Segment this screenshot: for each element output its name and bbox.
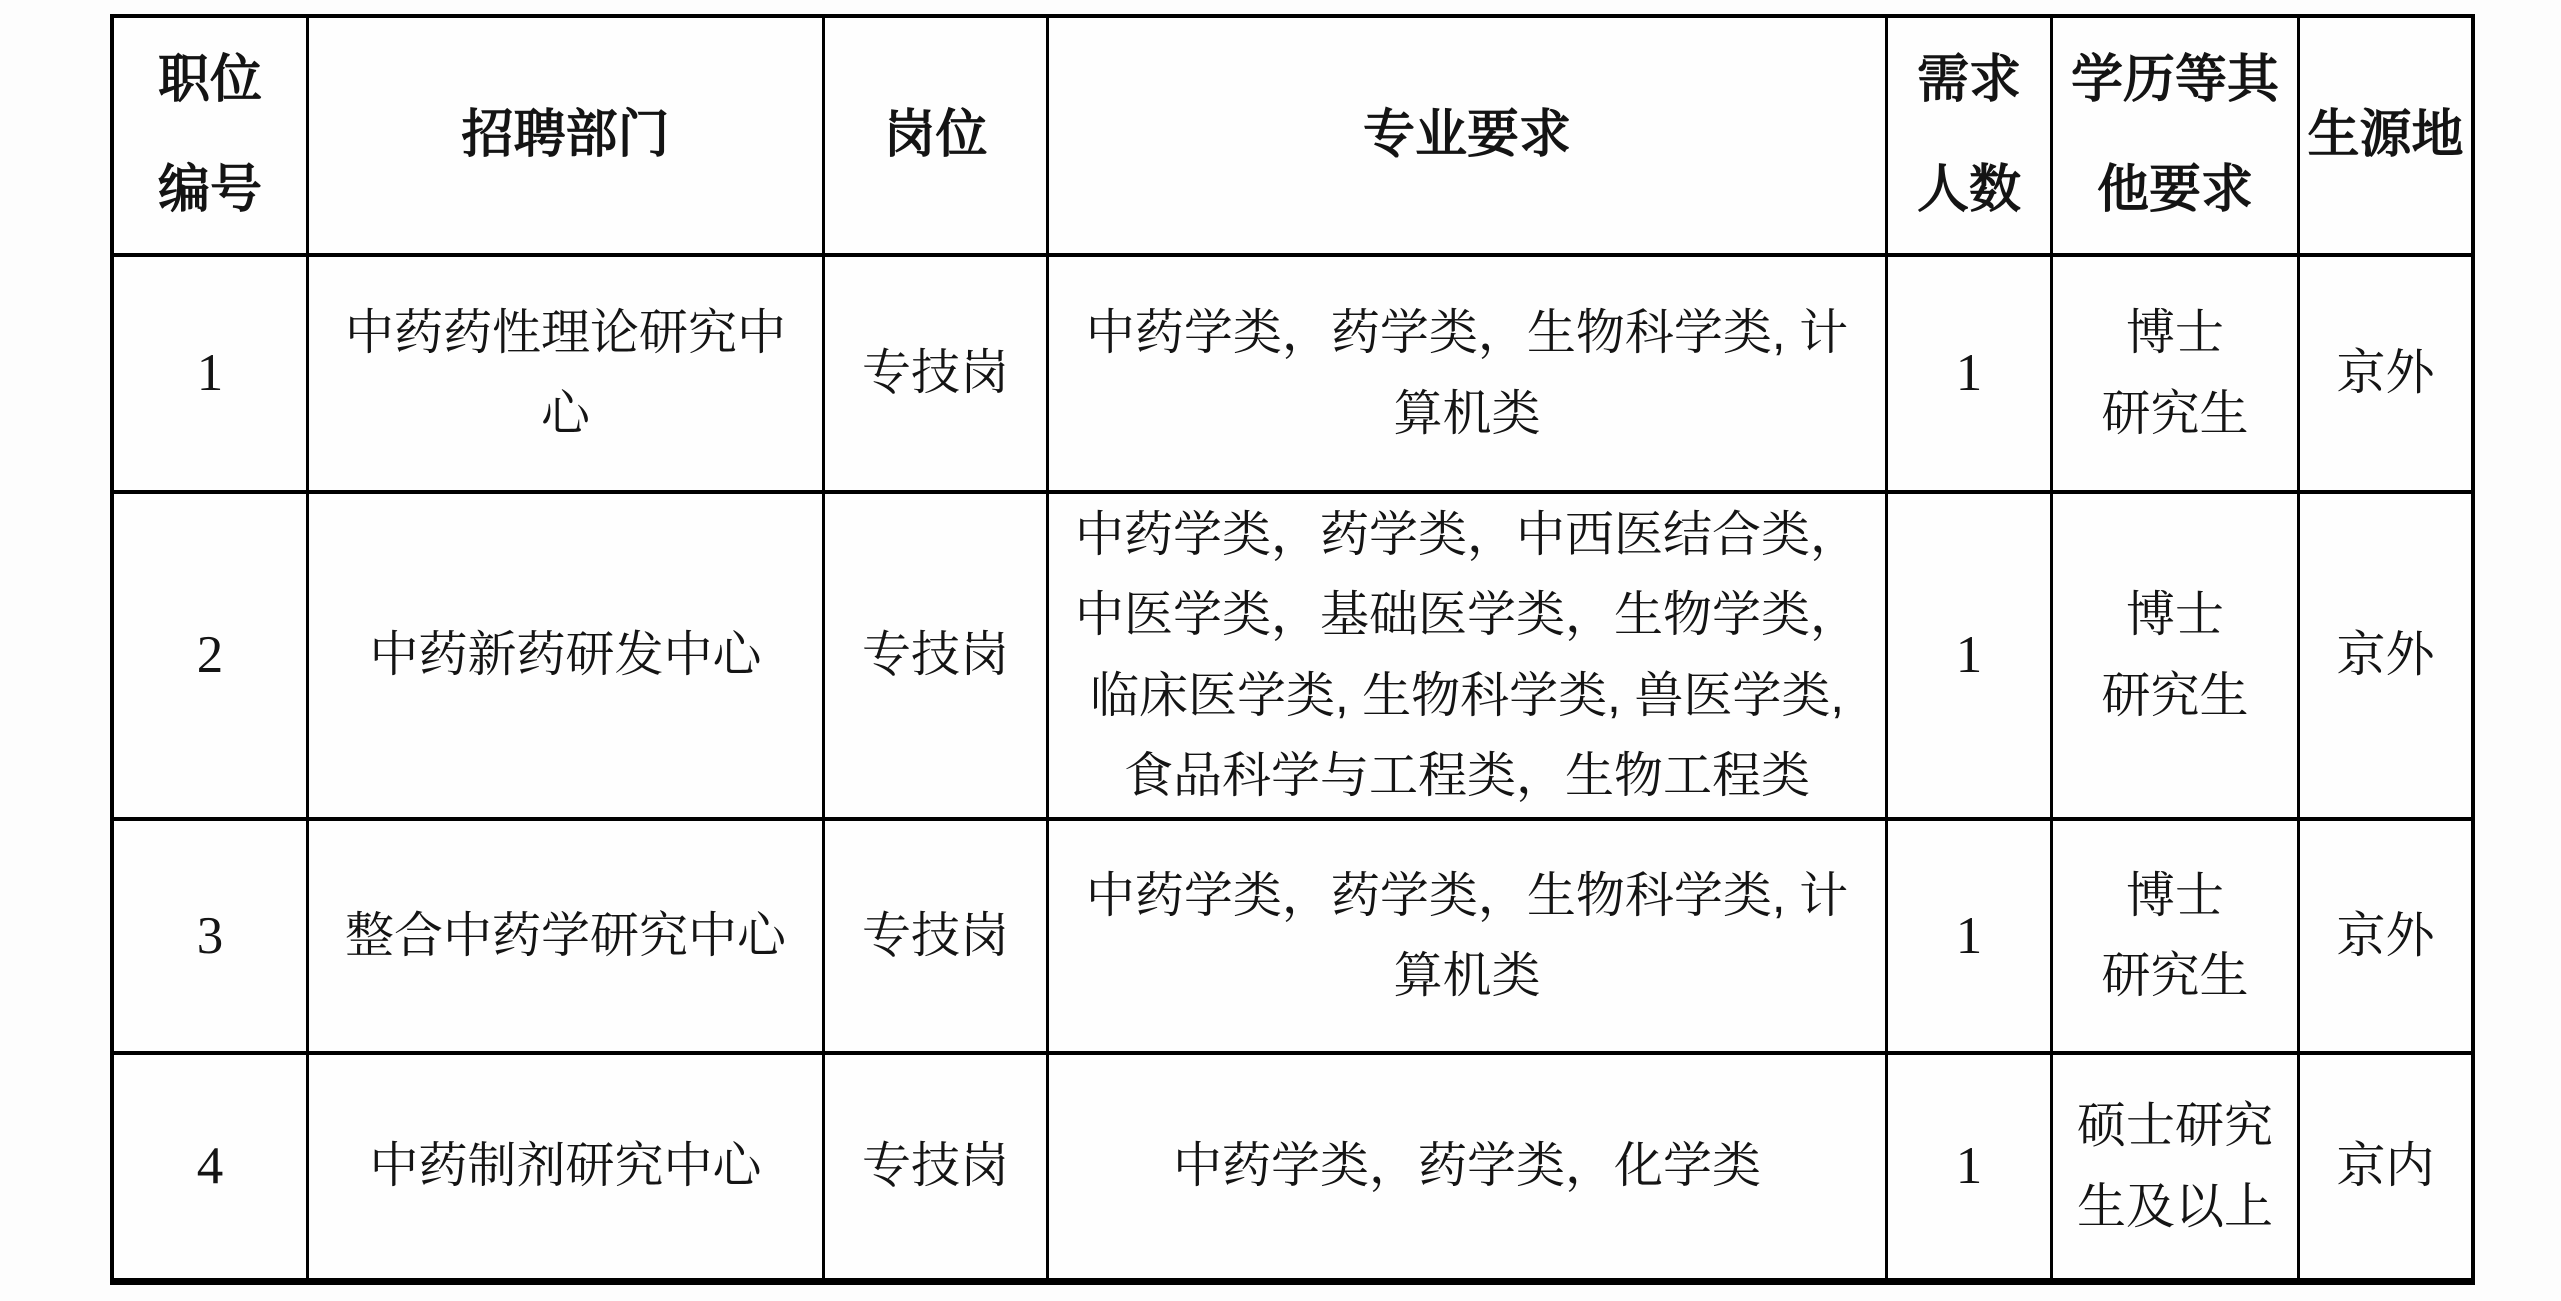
cell-position-id: 2 <box>114 490 306 817</box>
cell-post: 专技岗 <box>822 1051 1046 1278</box>
education-value: 博士 研究生 <box>2101 575 2248 736</box>
position-id-value: 2 <box>197 612 224 699</box>
cell-department: 中药制剂研究中心 <box>306 1051 822 1278</box>
position-id-value: 3 <box>197 893 224 980</box>
post-value: 专技岗 <box>862 615 1009 695</box>
department-value: 中药新药研发中心 <box>369 615 761 695</box>
department-value: 中药制剂研究中心 <box>369 1126 761 1206</box>
cell-majors: 中药学类，药学类，化学类 <box>1046 1051 1885 1278</box>
cell-department: 整合中药学研究中心 <box>306 817 822 1051</box>
cell-department: 中药新药研发中心 <box>306 490 822 817</box>
header-education: 学历等其 他要求 <box>2050 18 2297 253</box>
education-value: 硕士研究 生及以上 <box>2077 1086 2273 1247</box>
headcount-value: 1 <box>1956 893 1983 980</box>
cell-education: 博士 研究生 <box>2050 817 2297 1051</box>
cell-majors: 中药学类，药学类，生物科学类, 计 算机类 <box>1046 253 1885 490</box>
post-value: 专技岗 <box>862 333 1009 413</box>
origin-value: 京外 <box>2336 615 2434 695</box>
header-post: 岗位 <box>822 18 1046 253</box>
headcount-value: 1 <box>1956 1123 1983 1210</box>
header-department-label: 招聘部门 <box>461 81 669 190</box>
cell-headcount: 1 <box>1885 253 2050 490</box>
header-position-id: 职位 编号 <box>114 18 306 253</box>
headcount-value: 1 <box>1956 330 1983 417</box>
post-value: 专技岗 <box>862 1126 1009 1206</box>
header-position-id-label: 职位 编号 <box>158 26 262 244</box>
cell-post: 专技岗 <box>822 253 1046 490</box>
majors-value: 中药学类，药学类，中西医结合类， 中医学类，基础医学类，生物学类， 临床医学类,… <box>1075 495 1859 816</box>
origin-value: 京外 <box>2336 896 2434 976</box>
header-post-label: 岗位 <box>883 81 987 190</box>
cell-education: 博士 研究生 <box>2050 253 2297 490</box>
cell-department: 中药药性理论研究中 心 <box>306 253 822 490</box>
headcount-value: 1 <box>1956 612 1983 699</box>
cell-origin: 京外 <box>2297 490 2471 817</box>
cell-education: 硕士研究 生及以上 <box>2050 1051 2297 1278</box>
header-majors-label: 专业要求 <box>1363 81 1571 190</box>
origin-value: 京内 <box>2336 1126 2434 1206</box>
cell-position-id: 4 <box>114 1051 306 1278</box>
post-value: 专技岗 <box>862 896 1009 976</box>
header-origin: 生源地 <box>2297 18 2471 253</box>
department-value: 整合中药学研究中心 <box>345 896 786 976</box>
majors-value: 中药学类，药学类，生物科学类, 计 算机类 <box>1086 293 1848 454</box>
cell-origin: 京外 <box>2297 817 2471 1051</box>
position-id-value: 4 <box>197 1123 224 1210</box>
position-id-value: 1 <box>197 330 224 417</box>
header-headcount: 需求 人数 <box>1885 18 2050 253</box>
origin-value: 京外 <box>2336 333 2434 413</box>
header-headcount-label: 需求 人数 <box>1917 26 2021 244</box>
cell-education: 博士 研究生 <box>2050 490 2297 817</box>
education-value: 博士 研究生 <box>2101 293 2248 454</box>
cell-headcount: 1 <box>1885 490 2050 817</box>
cell-position-id: 1 <box>114 253 306 490</box>
cell-origin: 京外 <box>2297 253 2471 490</box>
majors-value: 中药学类，药学类，生物科学类, 计 算机类 <box>1086 856 1848 1017</box>
education-value: 博士 研究生 <box>2101 856 2248 1017</box>
cell-post: 专技岗 <box>822 490 1046 817</box>
header-education-label: 学历等其 他要求 <box>2071 26 2279 244</box>
department-value: 中药药性理论研究中 心 <box>345 293 786 454</box>
majors-value: 中药学类，药学类，化学类 <box>1173 1126 1761 1206</box>
cell-majors: 中药学类，药学类，中西医结合类， 中医学类，基础医学类，生物学类， 临床医学类,… <box>1046 490 1885 817</box>
header-department: 招聘部门 <box>306 18 822 253</box>
cell-headcount: 1 <box>1885 817 2050 1051</box>
cell-position-id: 3 <box>114 817 306 1051</box>
cell-majors: 中药学类，药学类，生物科学类, 计 算机类 <box>1046 817 1885 1051</box>
recruitment-table: 职位 编号 招聘部门 岗位 专业要求 需求 人数 学历等其 他要求 生源地 1 … <box>110 14 2475 1285</box>
header-majors: 专业要求 <box>1046 18 1885 253</box>
cell-origin: 京内 <box>2297 1051 2471 1278</box>
header-origin-label: 生源地 <box>2307 81 2463 190</box>
cell-headcount: 1 <box>1885 1051 2050 1278</box>
cell-post: 专技岗 <box>822 817 1046 1051</box>
